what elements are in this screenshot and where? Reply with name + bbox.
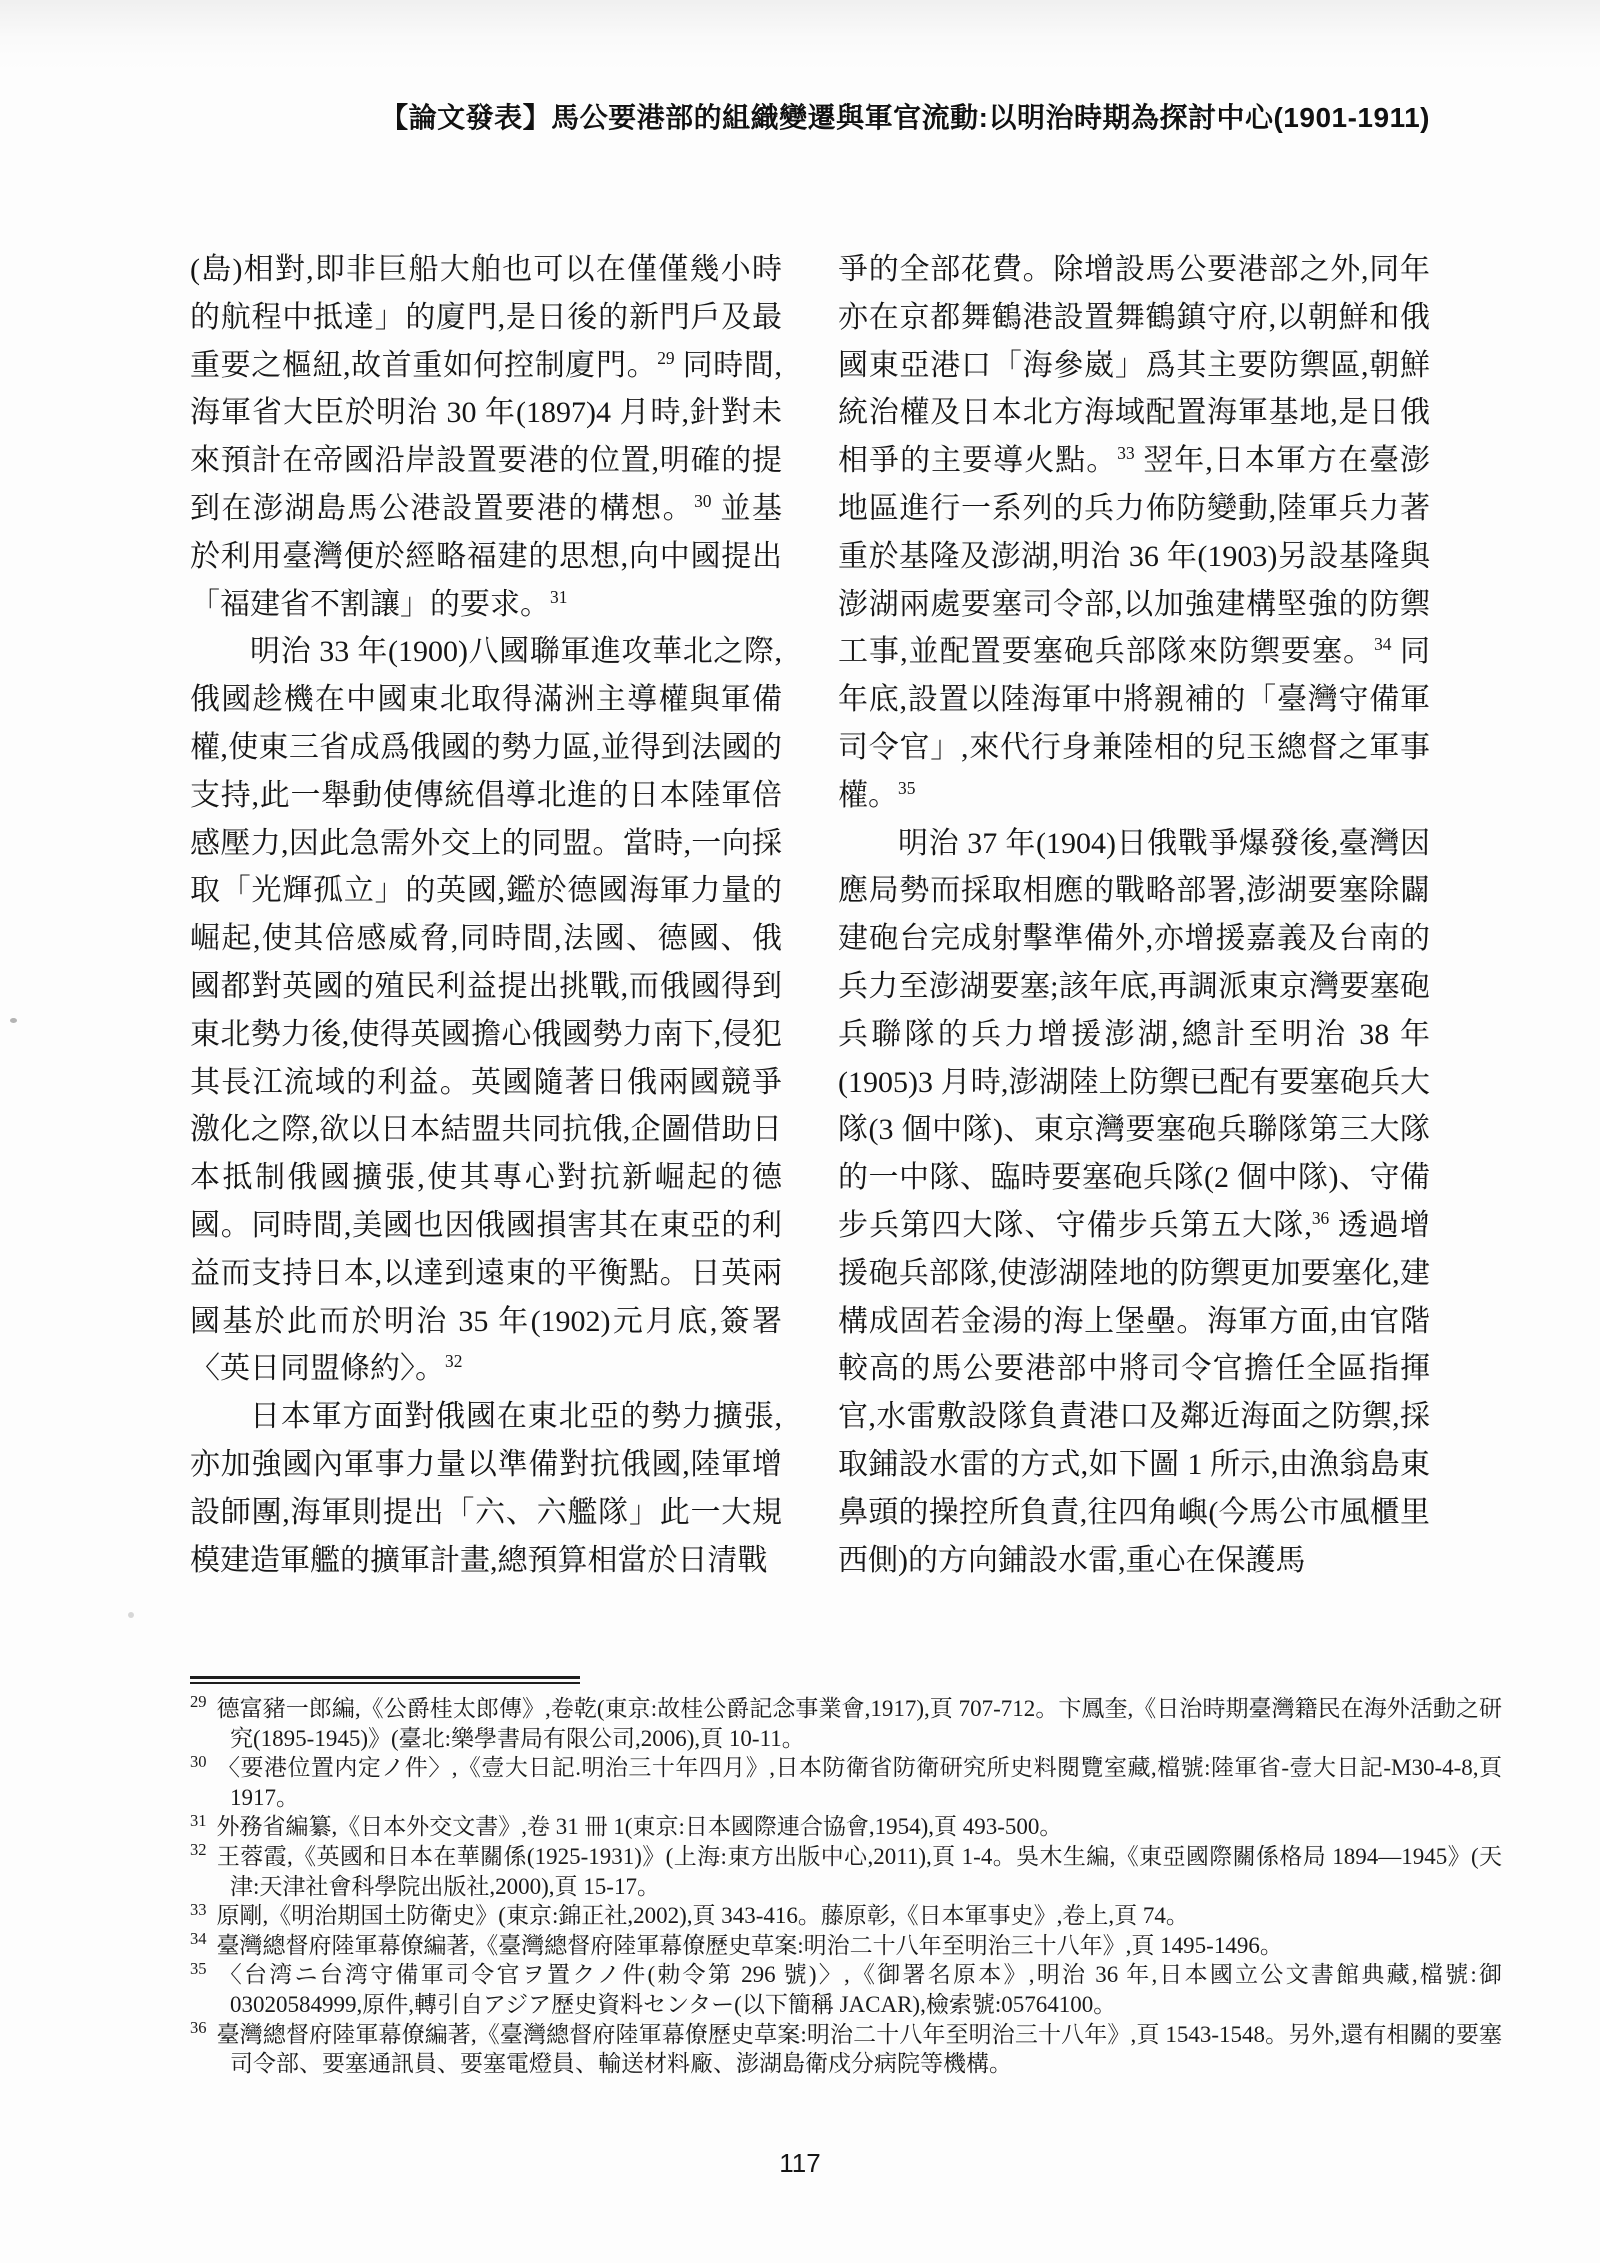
footnote-text: 〈要港位置内定ノ件〉,《壹大日記.明治三十年四月》,日本防衛省防衛研究所史料閱覽…: [217, 1755, 1502, 1810]
paragraph: 明治 37 年(1904)日俄戰爭爆發後,臺灣因應局勢而採取相應的戰略部署,澎湖…: [838, 820, 1430, 1585]
footnote: 32王蓉霞,《英國和日本在華關係(1925-1931)》(上海:東方出版中心,2…: [190, 1842, 1502, 1901]
page-number: 117: [0, 2148, 1600, 2179]
scan-artifact: [10, 1018, 17, 1023]
footnote-ref: 32: [445, 1351, 462, 1371]
footnote-marker: 35: [190, 1959, 207, 1978]
footnote-marker: 32: [190, 1840, 207, 1859]
footnote-marker: 29: [190, 1692, 207, 1711]
footnote-text: 〈台湾ニ台湾守備軍司令官ヲ置クノ件(勅令第 296 號)〉,《御署名原本》,明治…: [217, 1962, 1502, 2017]
scan-noise: [0, 0, 1600, 70]
footnote-marker: 31: [190, 1811, 207, 1830]
paragraph: 明治 33 年(1900)八國聯軍進攻華北之際,俄國趁機在中國東北取得滿洲主導權…: [190, 628, 782, 1393]
footnote-ref: 30: [694, 491, 711, 511]
footnote-text: 臺灣總督府陸軍幕僚編著,《臺灣總督府陸軍幕僚歷史草案:明治二十八年至明治三十八年…: [217, 1933, 1283, 1958]
footnote-marker: 36: [190, 2018, 207, 2037]
footnote: 35〈台湾ニ台湾守備軍司令官ヲ置クノ件(勅令第 296 號)〉,《御署名原本》,…: [190, 1960, 1502, 2019]
footnote-separator-rule: [190, 1676, 580, 1684]
footnotes-section: 29德富豬一郎編,《公爵桂太郎傳》,卷乾(東京:故桂公爵記念事業會,1917),…: [190, 1694, 1502, 2079]
body-text: 明治 37 年(1904)日俄戰爭爆發後,臺灣因應局勢而採取相應的戰略部署,澎湖…: [838, 827, 1430, 1242]
body-column-left: (島)相對,即非巨船大舶也可以在僅僅幾小時的航程中抵達」的廈門,是日後的新門戶及…: [190, 246, 782, 1592]
footnote-marker: 30: [190, 1752, 207, 1771]
footnote-marker: 33: [190, 1900, 207, 1919]
footnote-ref: 31: [550, 587, 567, 607]
footnote-text: 原剛,《明治期国土防衛史》(東京:錦正社,2002),頁 343-416。藤原彰…: [217, 1903, 1189, 1928]
footnote-ref: 36: [1312, 1208, 1329, 1228]
footnote: 29德富豬一郎編,《公爵桂太郎傳》,卷乾(東京:故桂公爵記念事業會,1917),…: [190, 1694, 1502, 1753]
footnote: 36臺灣總督府陸軍幕僚編著,《臺灣總督府陸軍幕僚歷史草案:明治二十八年至明治三十…: [190, 2020, 1502, 2079]
footnote-ref: 33: [1117, 443, 1134, 463]
footnote-marker: 34: [190, 1929, 207, 1948]
footnote-text: 臺灣總督府陸軍幕僚編著,《臺灣總督府陸軍幕僚歷史草案:明治二十八年至明治三十八年…: [217, 2022, 1502, 2077]
footnote: 34臺灣總督府陸軍幕僚編著,《臺灣總督府陸軍幕僚歷史草案:明治二十八年至明治三十…: [190, 1931, 1502, 1961]
body-column-right: 爭的全部花費。除增設馬公要港部之外,同年亦在京都舞鶴港設置舞鶴鎮守府,以朝鮮和俄…: [838, 246, 1430, 1592]
paragraph: 爭的全部花費。除增設馬公要港部之外,同年亦在京都舞鶴港設置舞鶴鎮守府,以朝鮮和俄…: [838, 246, 1430, 820]
footnote-ref: 34: [1374, 634, 1391, 654]
footnote: 33原剛,《明治期国土防衛史》(東京:錦正社,2002),頁 343-416。藤…: [190, 1901, 1502, 1931]
footnote-ref: 29: [657, 348, 674, 368]
footnote-text: 德富豬一郎編,《公爵桂太郎傳》,卷乾(東京:故桂公爵記念事業會,1917),頁 …: [217, 1696, 1502, 1751]
footnote-ref: 35: [898, 778, 915, 798]
paragraph: 日本軍方面對俄國在東北亞的勢力擴張,亦加強國內軍事力量以準備對抗俄國,陸軍增設師…: [190, 1393, 782, 1584]
footnote: 31外務省編纂,《日本外交文書》,卷 31 冊 1(東京:日本國際連合協會,19…: [190, 1812, 1502, 1842]
running-header-title: 【論文發表】馬公要港部的組織變遷與軍官流動:以明治時期為探討中心(1901-19…: [190, 96, 1430, 136]
scan-artifact: [128, 1612, 134, 1618]
footnote-text: 王蓉霞,《英國和日本在華關係(1925-1931)》(上海:東方出版中心,201…: [217, 1844, 1502, 1899]
body-text: 明治 33 年(1900)八國聯軍進攻華北之際,俄國趁機在中國東北取得滿洲主導權…: [190, 635, 782, 1385]
scanned-paper-page: 【論文發表】馬公要港部的組織變遷與軍官流動:以明治時期為探討中心(1901-19…: [0, 0, 1600, 2263]
body-text: 翌年,日本軍方在臺澎地區進行一系列的兵力佈防變動,陸軍兵力著重於基隆及澎湖,明治…: [838, 444, 1430, 668]
body-text: 日本軍方面對俄國在東北亞的勢力擴張,亦加強國內軍事力量以準備對抗俄國,陸軍增設師…: [190, 1400, 782, 1576]
footnote: 30〈要港位置内定ノ件〉,《壹大日記.明治三十年四月》,日本防衛省防衛研究所史料…: [190, 1753, 1502, 1812]
body-text: 透過增援砲兵部隊,使澎湖陸地的防禦更加要塞化,建構成固若金湯的海上堡壘。海軍方面…: [838, 1209, 1430, 1577]
footnote-text: 外務省編纂,《日本外交文書》,卷 31 冊 1(東京:日本國際連合協會,1954…: [217, 1814, 1063, 1839]
paragraph: (島)相對,即非巨船大舶也可以在僅僅幾小時的航程中抵達」的廈門,是日後的新門戶及…: [190, 246, 782, 628]
